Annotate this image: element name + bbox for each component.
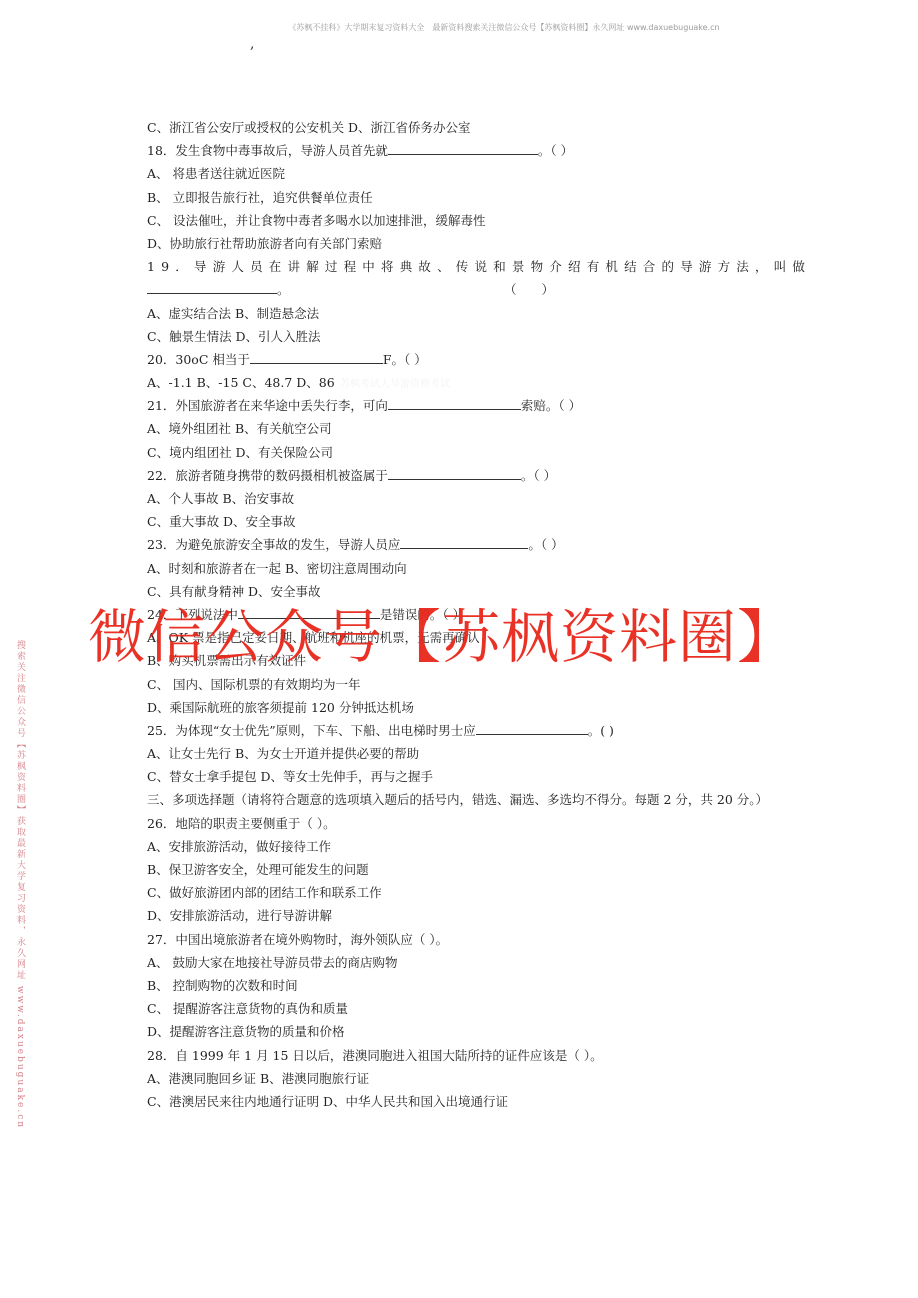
answer-paren: （ ） [504,278,554,301]
answer-blank [238,606,380,619]
option-cd: C、境内组团社 D、有关保险公司 [147,441,787,464]
option-cd: C、重大事故 D、安全事故 [147,510,787,533]
header-banner: 《苏枫不挂科》大学期末复习资料大全 最新资料搜索关注微信公众号【苏枫资料圈】永久… [0,22,918,33]
answer-blank [388,467,521,480]
option-ab: A、港澳同胞回乡证 B、港澳同胞旅行证 [147,1067,787,1090]
question-stem: 19．导游人员在讲解过程中将典故、传说和景物介绍有机结合的导游方法，叫做 [147,259,811,274]
option-c: C、做好旅游团内部的团结工作和联系工作 [147,881,787,904]
question-suffix: 索赔。（ ） [521,398,581,413]
option-a: A、 鼓励大家在地接社导游员带去的商店购物 [147,951,787,974]
question-suffix: F。（ ） [383,352,427,367]
option-c: C、 设法催吐，并让食物中毒者多喝水以加速排泄，缓解毒性 [147,209,787,232]
question-stem: 21．外国旅游者在来华途中丢失行李，可向 [147,398,388,413]
option-d: D、提醒游客注意货物的质量和价格 [147,1020,787,1043]
question-27: 27．中国出境旅游者在境外购物时，海外领队应（ ）。 [147,928,787,951]
stray-mark: , [250,36,254,52]
question-stem: 23．为避免旅游安全事故的发生，导游人员应 [147,537,400,552]
question-suffix: 。( ) [588,723,614,738]
option-d: D、协助旅行社帮助旅游者向有关部门索赔 [147,232,787,255]
option-cd: C、替女士拿手提包 D、等女士先伸手，再与之握手 [147,765,787,788]
question-18: 18．发生食物中毒事故后，导游人员首先就。（ ） [147,139,787,162]
question-stem: 25．为体现“女士优先”原则，下车、下船、出电梯时男士应 [147,723,476,738]
question-19-continued: 。 （ ） [147,278,787,301]
option-ab: A、时刻和旅游者在一起 B、密切注意周围动向 [147,557,787,580]
question-20: 20．30oC 相当于F。（ ） [147,348,787,371]
question-suffix: 。 [277,282,290,297]
question-suffix: 。（ ） [528,537,563,552]
option-ab: A、让女士先行 B、为女士开道并提供必要的帮助 [147,742,787,765]
side-watermark: 搜索关注微信公众号【苏枫资料圈】获取最新大学复习资料，永久网址 www.daxu… [14,640,27,1129]
question-stem: 20．30oC 相当于 [147,352,250,367]
document-body: C、浙江省公安厅或授权的公安机关 D、浙江省侨务办公室 18．发生食物中毒事故后… [147,116,787,1113]
question-23: 23．为避免旅游安全事故的发生，导游人员应。（ ） [147,533,787,556]
question-suffix: 。（ ） [538,143,573,158]
answer-blank [400,536,528,549]
option-a: A、 将患者送往就近医院 [147,162,787,185]
question-stem: 24．下列说法中 [147,607,238,622]
option-d: D、安排旅游活动，进行导游讲解 [147,904,787,927]
answer-blank [147,281,277,294]
option-b: B、 控制购物的次数和时间 [147,974,787,997]
question-26: 26．地陪的职责主要侧重于（ ）。 [147,812,787,835]
option-abcd: A、-1.1 B、-15 C、48.7 D、86 [147,371,787,394]
question-24: 24．下列说法中是错误的。（ ） [147,603,787,626]
question-22: 22．旅游者随身携带的数码摄相机被盗属于。（ ） [147,464,787,487]
option-ab: A、虚实结合法 B、制造悬念法 [147,302,787,325]
question-28: 28．自 1999 年 1 月 15 日以后，港澳同胞进入祖国大陆所持的证件应该… [147,1044,787,1067]
question-19: 19．导游人员在讲解过程中将典故、传说和景物介绍有机结合的导游方法，叫做 [147,255,787,278]
option-a: A、安排旅游活动，做好接待工作 [147,835,787,858]
answer-blank [476,722,588,735]
option-c: C、 提醒游客注意货物的真伪和质量 [147,997,787,1020]
question-25: 25．为体现“女士优先”原则，下车、下船、出电梯时男士应。( ) [147,719,787,742]
answer-blank [388,397,521,410]
answer-blank [250,351,383,364]
option-cd: C、触景生情法 D、引人入胜法 [147,325,787,348]
q17-options-cd: C、浙江省公安厅或授权的公安机关 D、浙江省侨务办公室 [147,116,787,139]
option-cd: C、具有献身精神 D、安全事故 [147,580,787,603]
option-b: B、 立即报告旅行社，追究供餐单位责任 [147,186,787,209]
option-ab: A、境外组团社 B、有关航空公司 [147,417,787,440]
option-b: B、购买机票需出示有效证件 [147,649,787,672]
question-suffix: 。（ ） [521,468,556,483]
question-suffix: 是错误的。（ ） [380,607,465,622]
option-b: B、保卫游客安全，处理可能发生的问题 [147,858,787,881]
answer-blank [388,142,538,155]
section-3-heading: 三、多项选择题（请将符合题意的选项填入题后的括号内，错选、漏选、多选均不得分。每… [147,788,777,811]
option-d: D、乘国际航班的旅客须提前 120 分钟抵达机场 [147,696,787,719]
question-stem: 18．发生食物中毒事故后，导游人员首先就 [147,143,388,158]
question-stem: 22．旅游者随身携带的数码摄相机被盗属于 [147,468,388,483]
option-c: C、 国内、国际机票的有效期均为一年 [147,673,787,696]
option-a: A、OK 票是指已定妥日期、航班和机座的机票，无需再确认 [147,626,787,649]
option-cd: C、港澳居民来往内地通行证明 D、中华人民共和国入出境通行证 [147,1090,787,1113]
question-21: 21．外国旅游者在来华途中丢失行李，可向索赔。（ ） [147,394,787,417]
option-ab: A、个人事故 B、治安事故 [147,487,787,510]
